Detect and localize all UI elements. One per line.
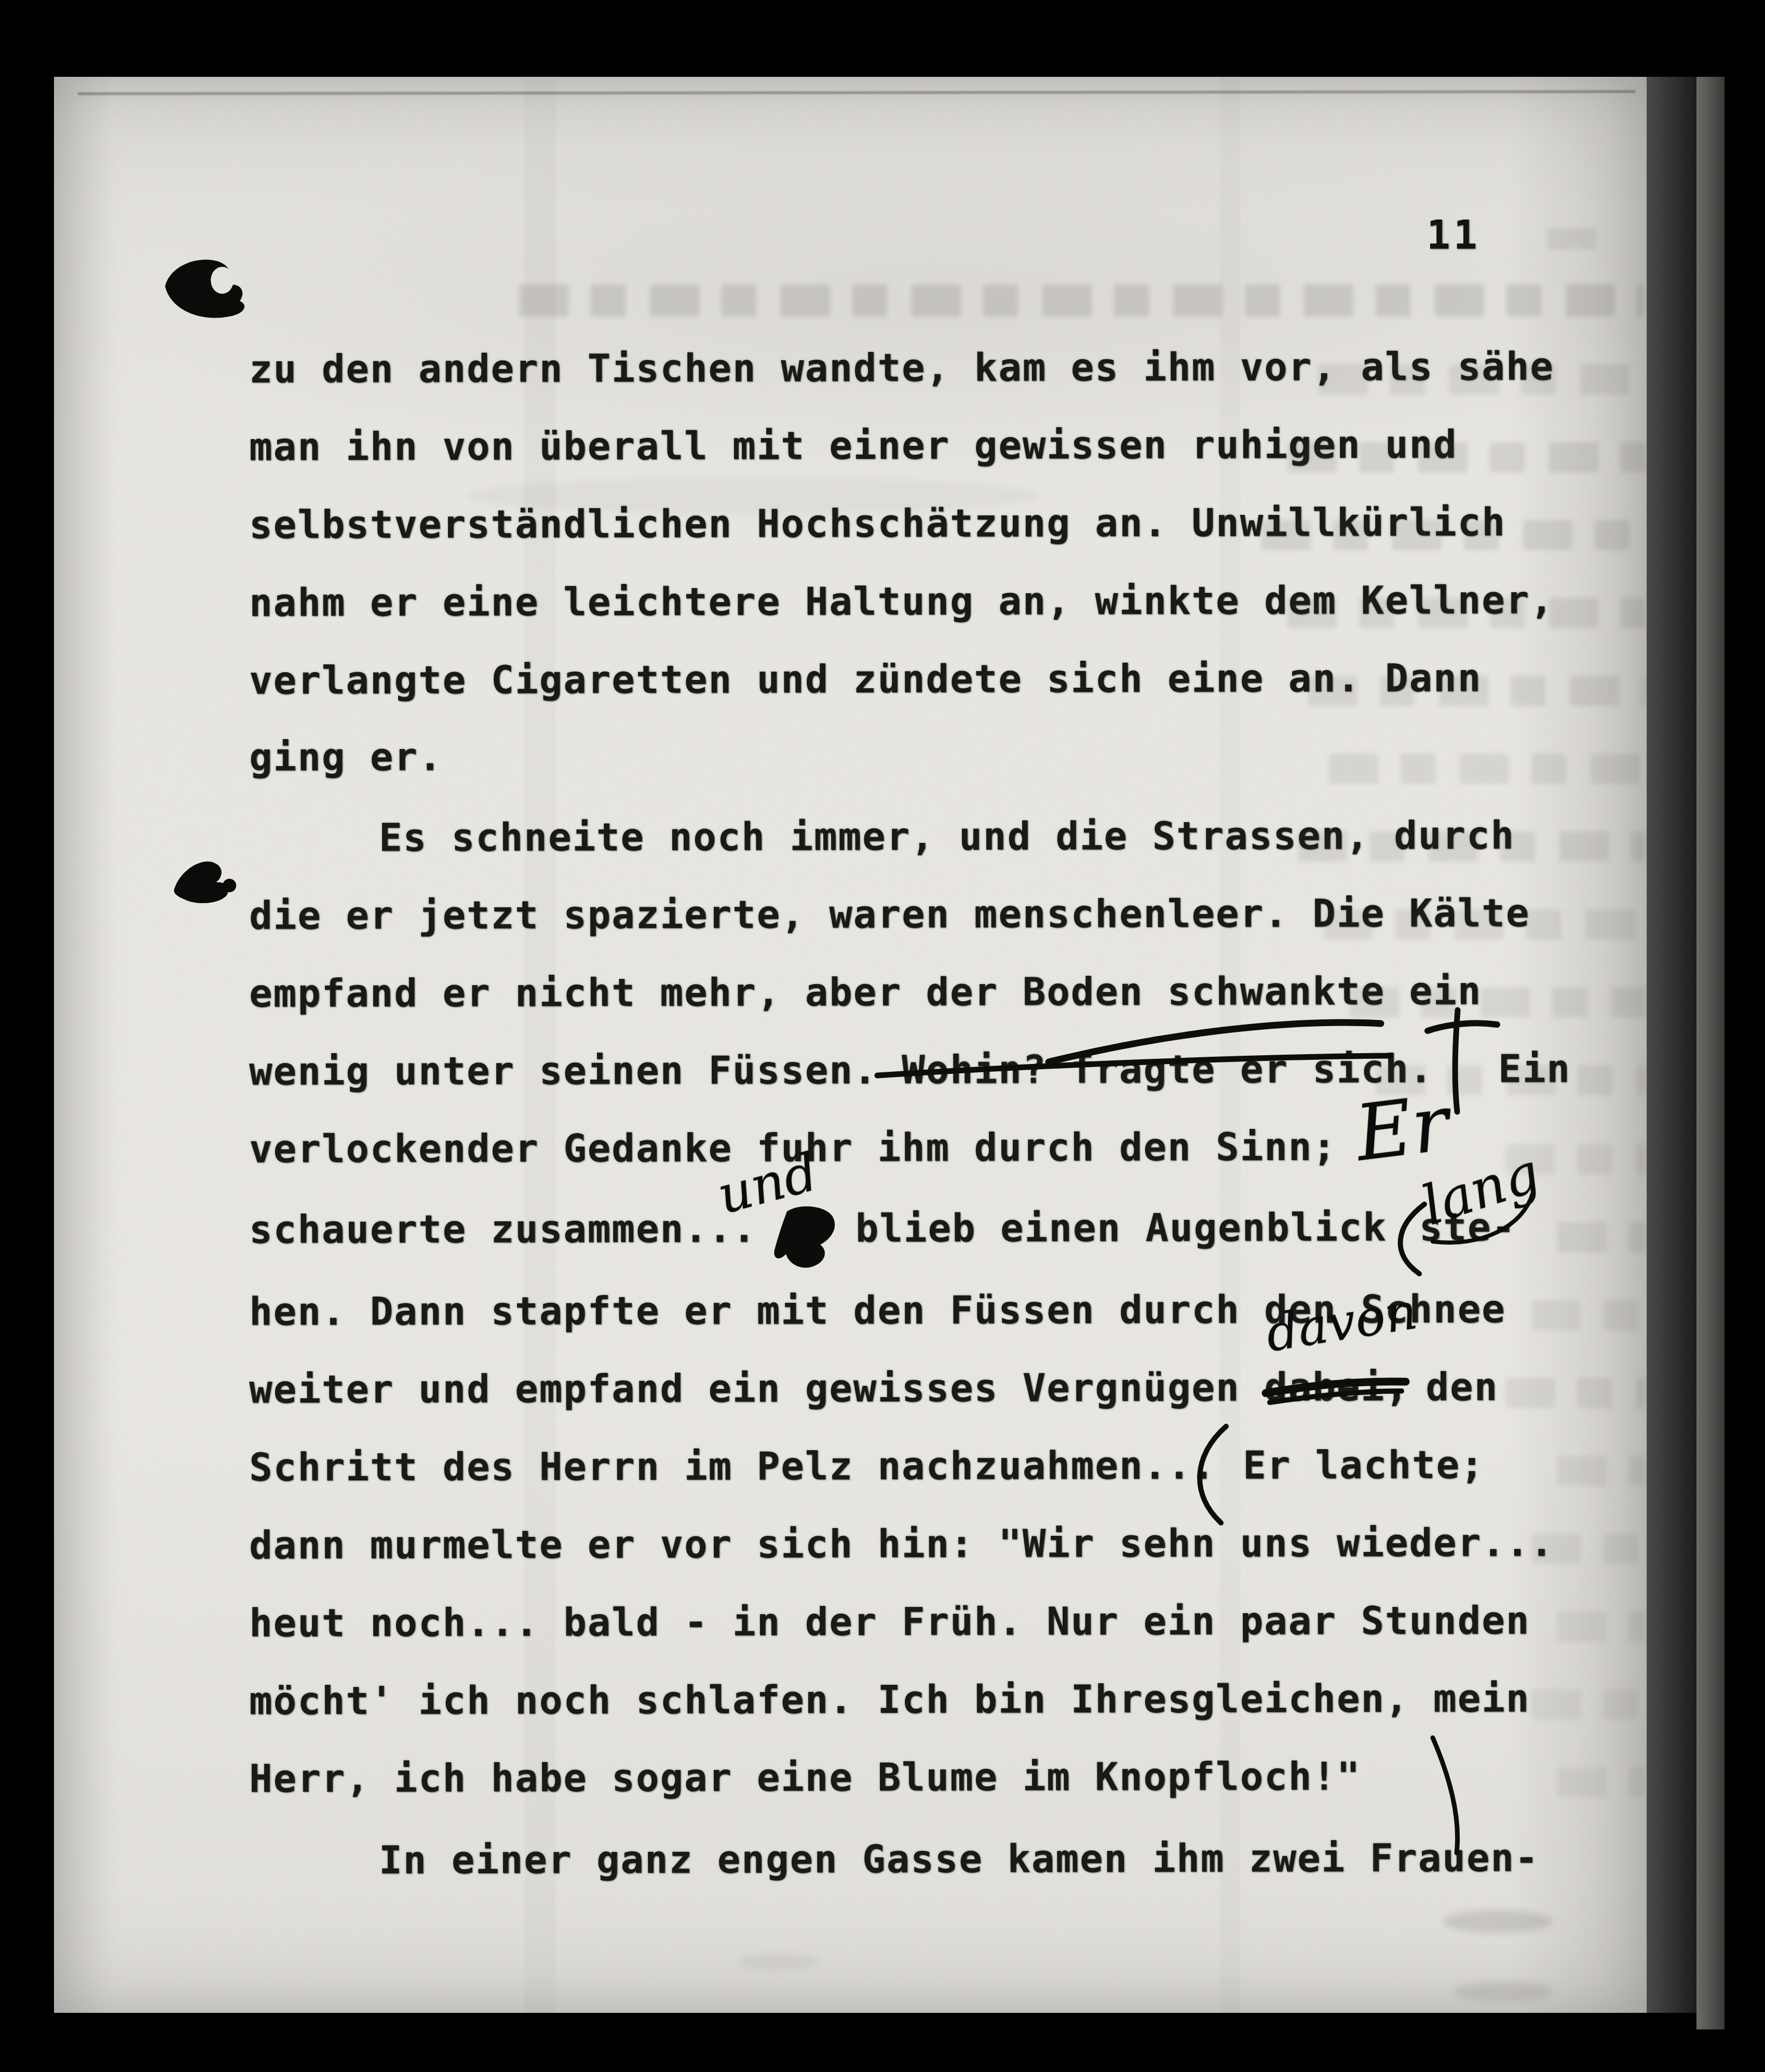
- ghost-text-fragment: [1557, 1222, 1646, 1252]
- typescript-line: Herr, ich habe sogar eine Blume im Knopf…: [249, 1757, 1361, 1798]
- typescript-line: ging er.: [249, 738, 443, 777]
- typed-text: die er jetzt spazierte, waren menschenle…: [249, 894, 1530, 935]
- typescript-content: 11 zu den andern Tischen wandte, kam es …: [0, 0, 1765, 2072]
- typed-text: schauerte zusammen...: [249, 1210, 757, 1249]
- typescript-line: die er jetzt spazierte, waren menschenle…: [249, 894, 1530, 935]
- scan-border-top-right: [1647, 0, 1765, 77]
- page-right-edge-shadow: [1647, 77, 1696, 2013]
- stacked-pages-edge: [1696, 62, 1725, 2029]
- typed-text: verlangte Cigaretten und zündete sich ei…: [249, 659, 1482, 700]
- ghost-text-fragment: [1531, 1300, 1646, 1330]
- ghost-text-fragment: [1547, 228, 1614, 249]
- ghost-text-fragment: [519, 284, 1643, 317]
- ghost-text-fragment: [1557, 1612, 1646, 1642]
- typescript-line: weiter und empfand ein gewisses Vergnüge…: [249, 1368, 1498, 1409]
- typescript-line: wenig unter seinen Füssen. Wohin? fragte…: [249, 1049, 1571, 1090]
- scan-border-bottom: [0, 2013, 1765, 2072]
- inserted-word-er: Er: [1351, 1079, 1454, 1179]
- typed-text: dann murmelte er vor sich hin: "Wir sehn…: [249, 1523, 1554, 1564]
- typed-text: Ein: [1498, 1049, 1571, 1088]
- struck-typed-text: Wohin? fragte er sich.: [902, 1050, 1433, 1089]
- typescript-line: schauerte zusammen...Erblieb einen Augen…: [249, 1208, 1516, 1249]
- typescript-line: dann murmelte er vor sich hin: "Wir sehn…: [249, 1523, 1554, 1564]
- ghost-text-fragment: [1505, 1378, 1646, 1408]
- typed-text: In einer ganz engen Gasse kamen ihm zwei…: [379, 1839, 1539, 1880]
- typed-text: Er lachte;: [1243, 1446, 1485, 1485]
- scan-border-right: [1725, 0, 1765, 2072]
- typescript-line: selbstverständlichen Hochschätzung an. U…: [249, 503, 1506, 544]
- typescript-line: möcht' ich noch schlafen. Ich bin Ihresg…: [249, 1679, 1530, 1720]
- ghost-text-fragment: [1557, 1456, 1646, 1486]
- scan-border-left: [0, 0, 54, 2072]
- typed-text: empfand er nicht mehr, aber der Boden sc…: [249, 972, 1482, 1013]
- ghost-text-fragment: [1531, 1689, 1646, 1720]
- paper-smudge: [1443, 1910, 1552, 1933]
- typed-text: wenig unter seinen Füssen.: [249, 1051, 902, 1091]
- paper-smudge: [1454, 1982, 1552, 2001]
- typed-text: heut noch... bald - in der Früh. Nur ein…: [249, 1601, 1530, 1642]
- ghost-text-fragment: [1557, 1767, 1646, 1797]
- scanned-manuscript-screenshot: 11 zu den andern Tischen wandte, kam es …: [0, 0, 1765, 2072]
- typescript-line: Schritt des Herrn im Pelz nachzuahmen...…: [249, 1446, 1485, 1487]
- typed-text: möcht' ich noch schlafen. Ich bin Ihresg…: [249, 1679, 1530, 1720]
- typescript-line: In einer ganz engen Gasse kamen ihm zwei…: [379, 1839, 1539, 1880]
- typescript-line: verlangte Cigaretten und zündete sich ei…: [249, 659, 1482, 700]
- typescript-line: nahm er eine leichtere Haltung an, winkt…: [249, 581, 1554, 622]
- typed-text: Herr, ich habe sogar eine Blume im Knopf…: [249, 1757, 1361, 1798]
- ghost-text-fragment: [1329, 754, 1646, 784]
- typed-text: ging er.: [249, 738, 443, 777]
- typed-text: Er: [785, 1209, 834, 1248]
- paper-smudge: [737, 1954, 820, 1970]
- typescript-line: Es schneite noch immer, und die Strassen…: [379, 816, 1515, 857]
- typed-text: weiter und empfand ein gewisses Vergnüge…: [249, 1368, 1264, 1409]
- typed-text: zu den andern Tischen wandte, kam es ihm…: [249, 347, 1554, 388]
- page-number: 11: [1427, 212, 1481, 258]
- typescript-line: heut noch... bald - in der Früh. Nur ein…: [249, 1601, 1530, 1642]
- typed-text: nahm er eine leichtere Haltung an, winkt…: [249, 581, 1554, 622]
- typed-text: blieb einen Augenblick: [856, 1208, 1387, 1248]
- typed-text: Es schneite noch immer, und die Strassen…: [379, 816, 1515, 857]
- typescript-line: man ihn von überall mit einer gewissen r…: [249, 426, 1458, 467]
- scan-border-top: [0, 0, 1765, 77]
- typescript-line: zu den andern Tischen wandte, kam es ihm…: [249, 347, 1554, 388]
- struck-typed-text: dabei,: [1264, 1368, 1409, 1407]
- typed-text: Schritt des Herrn im Pelz nachzuahmen...: [249, 1447, 1216, 1487]
- typed-text: man ihn von überall mit einer gewissen r…: [249, 426, 1458, 467]
- typed-text: den: [1425, 1368, 1498, 1406]
- typed-text: selbstverständlichen Hochschätzung an. U…: [249, 503, 1506, 544]
- typescript-line: empfand er nicht mehr, aber der Boden sc…: [249, 972, 1482, 1013]
